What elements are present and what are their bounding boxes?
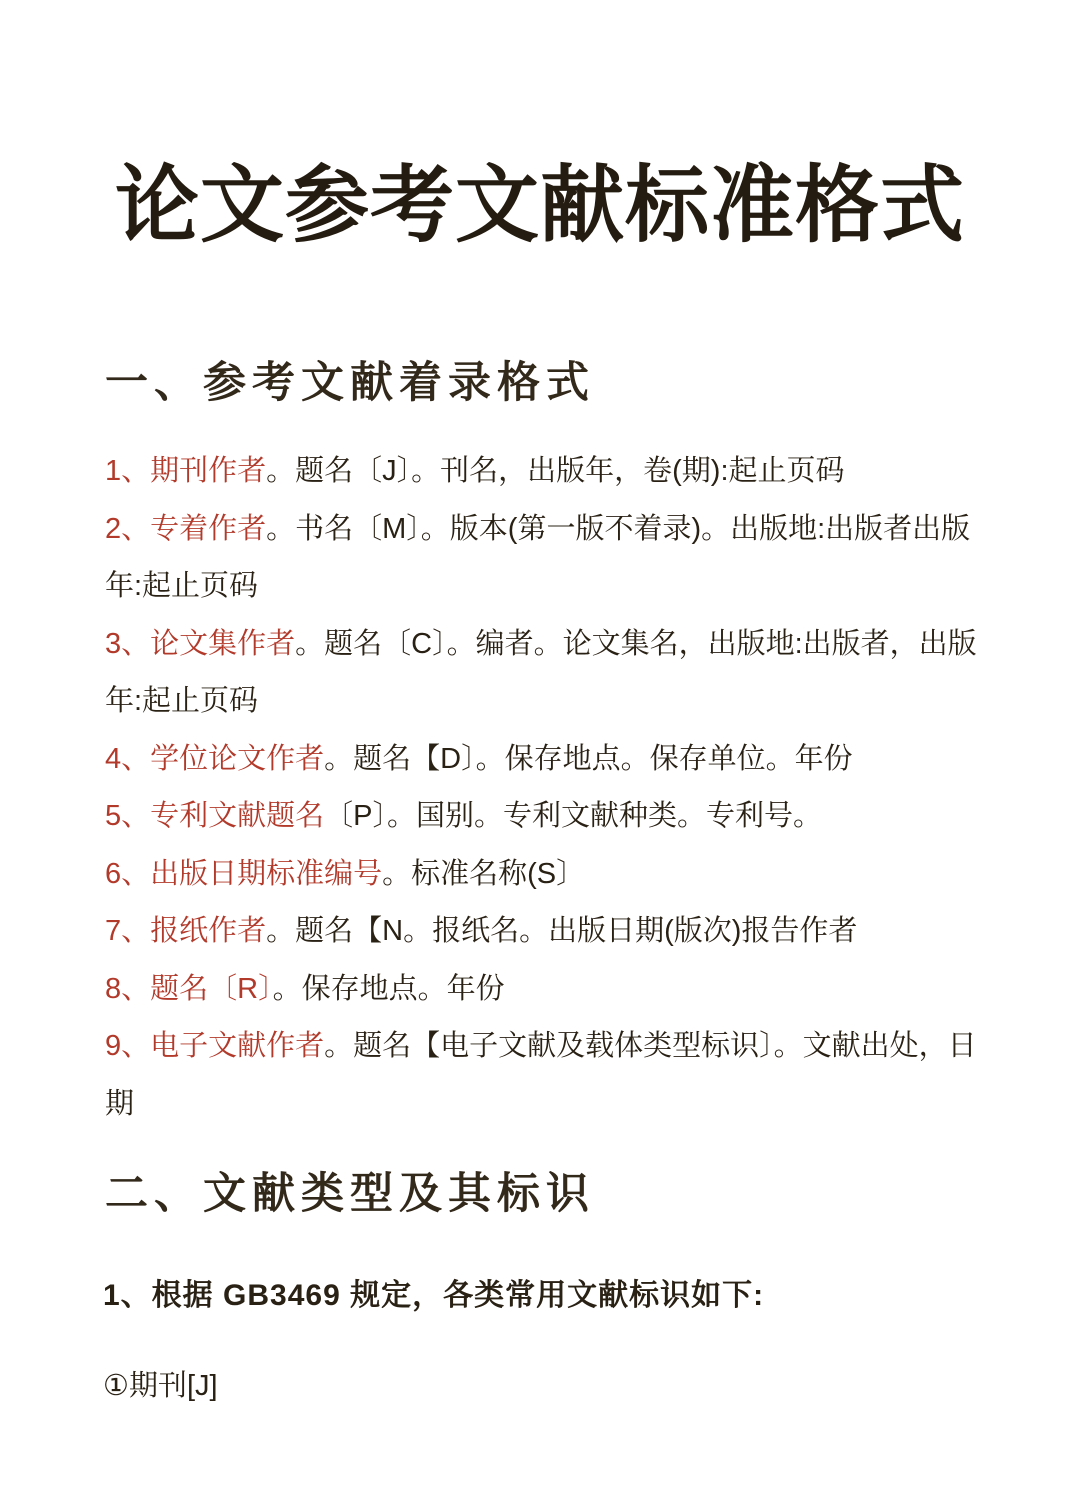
item-8-detail: 。保存地点。年份	[273, 973, 505, 1005]
citation-format-list: 1、期刊作者。题名〔J〕。刊名，出版年，卷(期):起止页码 2、专着作者。书名〔…	[105, 443, 993, 1133]
list-item-8: 8、题名〔R〕。保存地点。年份	[105, 961, 993, 1019]
list-item-9: 9、电子文献作者。题名【电子文献及载体类型标识〕。文献出处，日期	[105, 1018, 993, 1133]
section1-heading: 一、参考文献着录格式	[105, 356, 1080, 412]
list-item-6: 6、出版日期标准编号。标准名称(S〕	[105, 846, 993, 904]
list-item-4: 4、学位论文作者。题名【D〕。保存地点。保存单位。年份	[105, 731, 993, 789]
document-page: 论文参考文献标准格式 一、参考文献着录格式 1、期刊作者。题名〔J〕。刊名，出版…	[0, 0, 1080, 1497]
item-1-detail: 。题名〔J〕。刊名，出版年，卷(期):起止页码	[266, 455, 844, 487]
item-8-term: 8、题名〔R〕	[105, 973, 273, 1005]
page-title: 论文参考文献标准格式	[0, 0, 1080, 260]
item-7-term: 7、报纸作者	[105, 915, 266, 947]
list-item-5: 5、专利文献题名〔P〕。国别。专利文献种类。专利号。	[105, 788, 993, 846]
gb3469-note: 1、根据 GB3469 规定，各类常用文献标识如下:	[103, 1277, 1080, 1315]
item-2-term: 2、专着作者	[105, 513, 266, 545]
list-item-2: 2、专着作者。书名〔M〕。版本(第一版不着录)。出版地:出版者出版年:起止页码	[105, 501, 993, 616]
item-5-term: 5、专利文献题名	[105, 800, 324, 832]
list-item-3: 3、论文集作者。题名〔C〕。编者。论文集名，出版地:出版者，出版年:起止页码	[105, 616, 993, 731]
item-6-detail: 。标准名称(S〕	[382, 858, 585, 890]
item-7-detail: 。题名【N。报纸名。出版日期(版次)报告作者	[266, 915, 857, 947]
section-document-types: 二、文献类型及其标识 1、根据 GB3469 规定，各类常用文献标识如下: ①期…	[0, 1167, 1080, 1405]
item-6-term: 6、出版日期标准编号	[105, 858, 382, 890]
type-entry-journal: ①期刊[J]	[103, 1367, 1080, 1405]
item-1-term: 1、期刊作者	[105, 455, 266, 487]
item-5-detail: 〔P〕。国别。专利文献种类。专利号。	[324, 800, 822, 832]
list-item-7: 7、报纸作者。题名【N。报纸名。出版日期(版次)报告作者	[105, 903, 993, 961]
section-citation-format: 一、参考文献着录格式 1、期刊作者。题名〔J〕。刊名，出版年，卷(期):起止页码…	[0, 356, 1080, 1134]
section2-heading: 二、文献类型及其标识	[105, 1167, 1080, 1223]
item-3-term: 3、论文集作者	[105, 628, 295, 660]
item-4-detail: 。题名【D〕。保存地点。保存单位。年份	[324, 743, 852, 775]
item-4-term: 4、学位论文作者	[105, 743, 324, 775]
list-item-1: 1、期刊作者。题名〔J〕。刊名，出版年，卷(期):起止页码	[105, 443, 993, 501]
item-9-term: 9、电子文献作者	[105, 1030, 324, 1062]
